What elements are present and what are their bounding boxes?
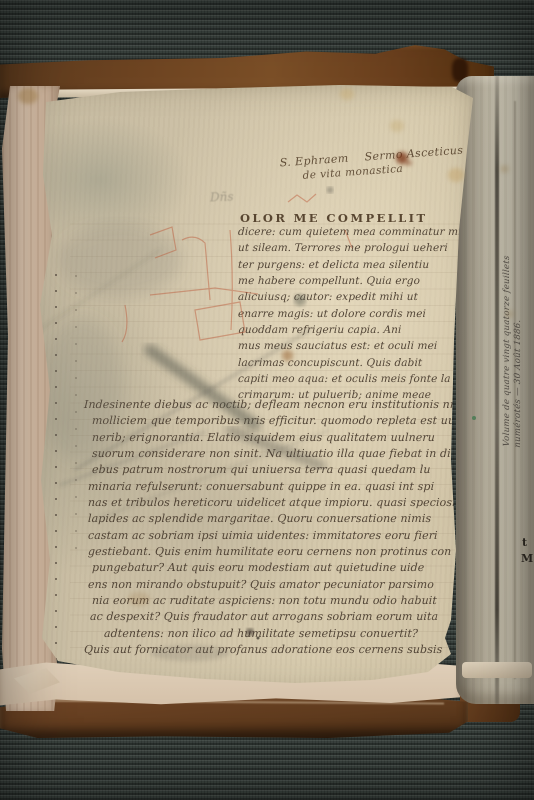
page-crease	[495, 76, 499, 704]
stain	[128, 592, 150, 606]
stain-tail	[405, 161, 412, 165]
edge-mark-1: t	[522, 536, 527, 549]
stain	[500, 165, 509, 173]
manuscript-photo: Volume de quatre vingt quatorze feuillet…	[0, 0, 534, 800]
facing-page-bottom-edge	[462, 662, 532, 678]
foliation-note-line1: Volume de quatre vingt quatorze feuillet…	[502, 106, 513, 447]
foliation-note: Volume de quatre vingt quatorze feuillet…	[502, 106, 524, 448]
stain	[390, 120, 404, 132]
edge-mark-2: M	[521, 552, 533, 565]
stain	[282, 350, 293, 361]
stain-gray	[150, 645, 230, 661]
facing-page: Volume de quatre vingt quatorze feuillet…	[456, 76, 534, 704]
stain	[18, 88, 38, 104]
stain	[505, 310, 514, 318]
stain	[448, 168, 464, 182]
green-speck	[472, 416, 476, 420]
foliation-note-line2: numérotés — 30 Août 1886.	[513, 107, 524, 448]
gray-mottling	[40, 224, 182, 462]
stain	[340, 88, 354, 100]
